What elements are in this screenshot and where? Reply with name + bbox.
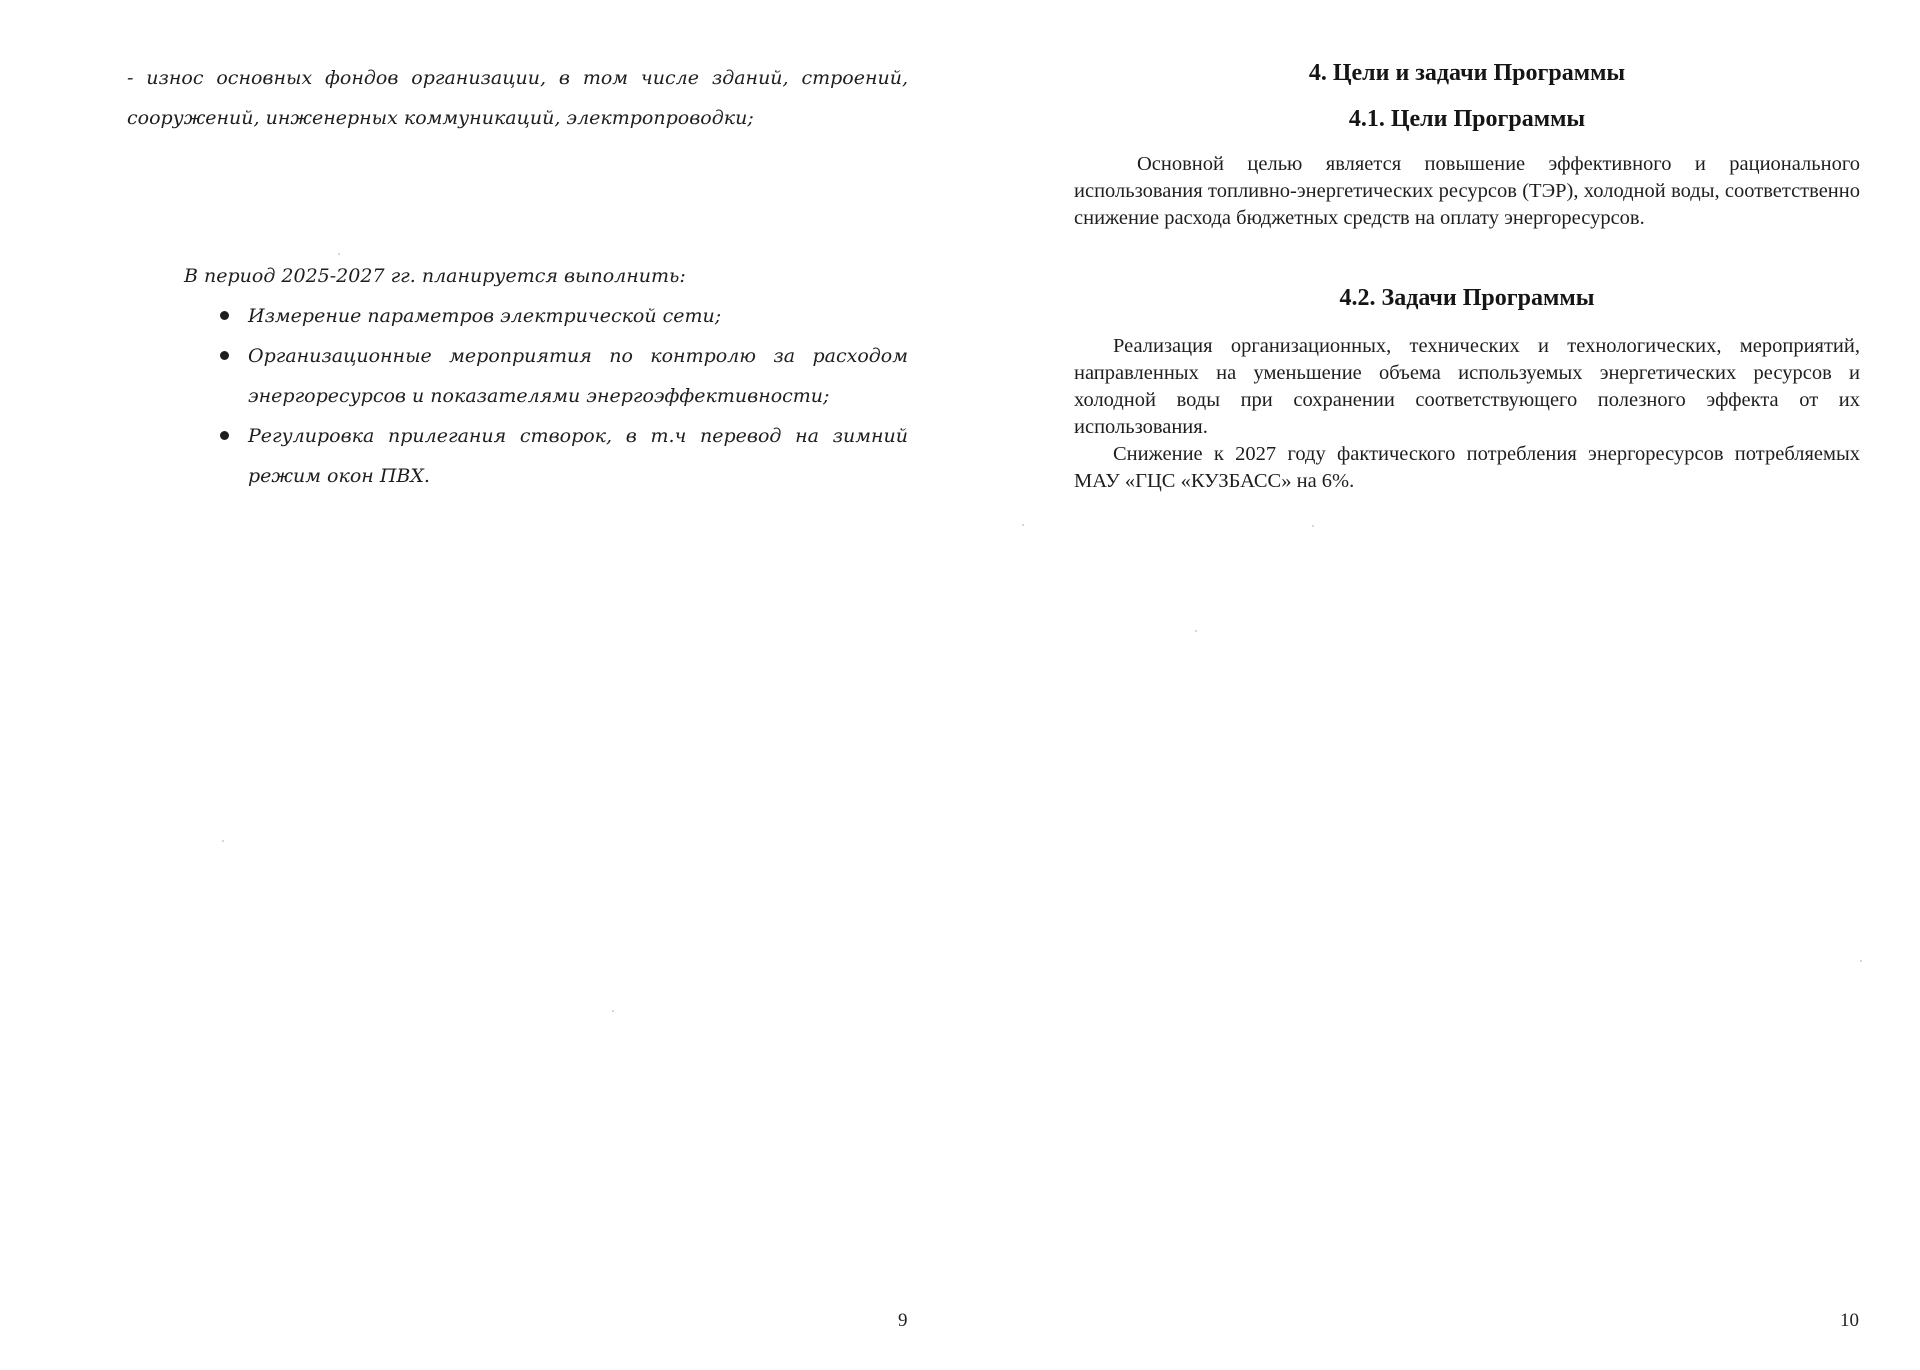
- plan-item-text: Регулировка прилегания створок, в т.ч пе…: [248, 425, 908, 487]
- scan-speck: [1312, 525, 1314, 527]
- goals-title: 4.1. Цели Программы: [1074, 106, 1860, 133]
- plan-list-item: Измерение параметров электрической сети;: [248, 296, 908, 336]
- plan-list: Измерение параметров электрической сети;…: [248, 296, 908, 496]
- plan-intro: В период 2025-2027 гг. планируется выпол…: [184, 256, 908, 296]
- bullet-icon: [220, 431, 229, 440]
- page-number: 9: [898, 1310, 908, 1332]
- goals-paragraph: Основной целью является повышение эффект…: [1074, 151, 1860, 232]
- scan-speck: [1195, 630, 1197, 632]
- scan-speck: [338, 253, 340, 255]
- scan-speck: [1022, 524, 1024, 526]
- plan-list-item: Регулировка прилегания створок, в т.ч пе…: [248, 416, 908, 496]
- bullet-icon: [220, 311, 229, 320]
- tasks-paragraph: Реализация организационных, технических …: [1074, 333, 1860, 441]
- scan-speck: [222, 840, 224, 842]
- page-10: 4. Цели и задачи Программы 4.1. Цели Про…: [960, 0, 1920, 1370]
- page-number: 10: [1840, 1310, 1859, 1332]
- wear-paragraph: - износ основных фондов организации, в т…: [127, 58, 908, 138]
- plan-item-text: Организационные мероприятия по контролю …: [248, 345, 908, 407]
- scan-speck: [1860, 960, 1862, 962]
- section-title: 4. Цели и задачи Программы: [1074, 60, 1860, 87]
- plan-item-text: Измерение параметров электрической сети;: [248, 305, 721, 327]
- target-paragraph: Снижение к 2027 году фактического потреб…: [1074, 441, 1860, 495]
- document-spread: - износ основных фондов организации, в т…: [0, 0, 1920, 1370]
- page-9: - износ основных фондов организации, в т…: [0, 0, 960, 1370]
- tasks-title: 4.2. Задачи Программы: [1074, 285, 1860, 312]
- plan-list-item: Организационные мероприятия по контролю …: [248, 336, 908, 416]
- bullet-icon: [220, 351, 229, 360]
- scan-speck: [612, 1010, 614, 1012]
